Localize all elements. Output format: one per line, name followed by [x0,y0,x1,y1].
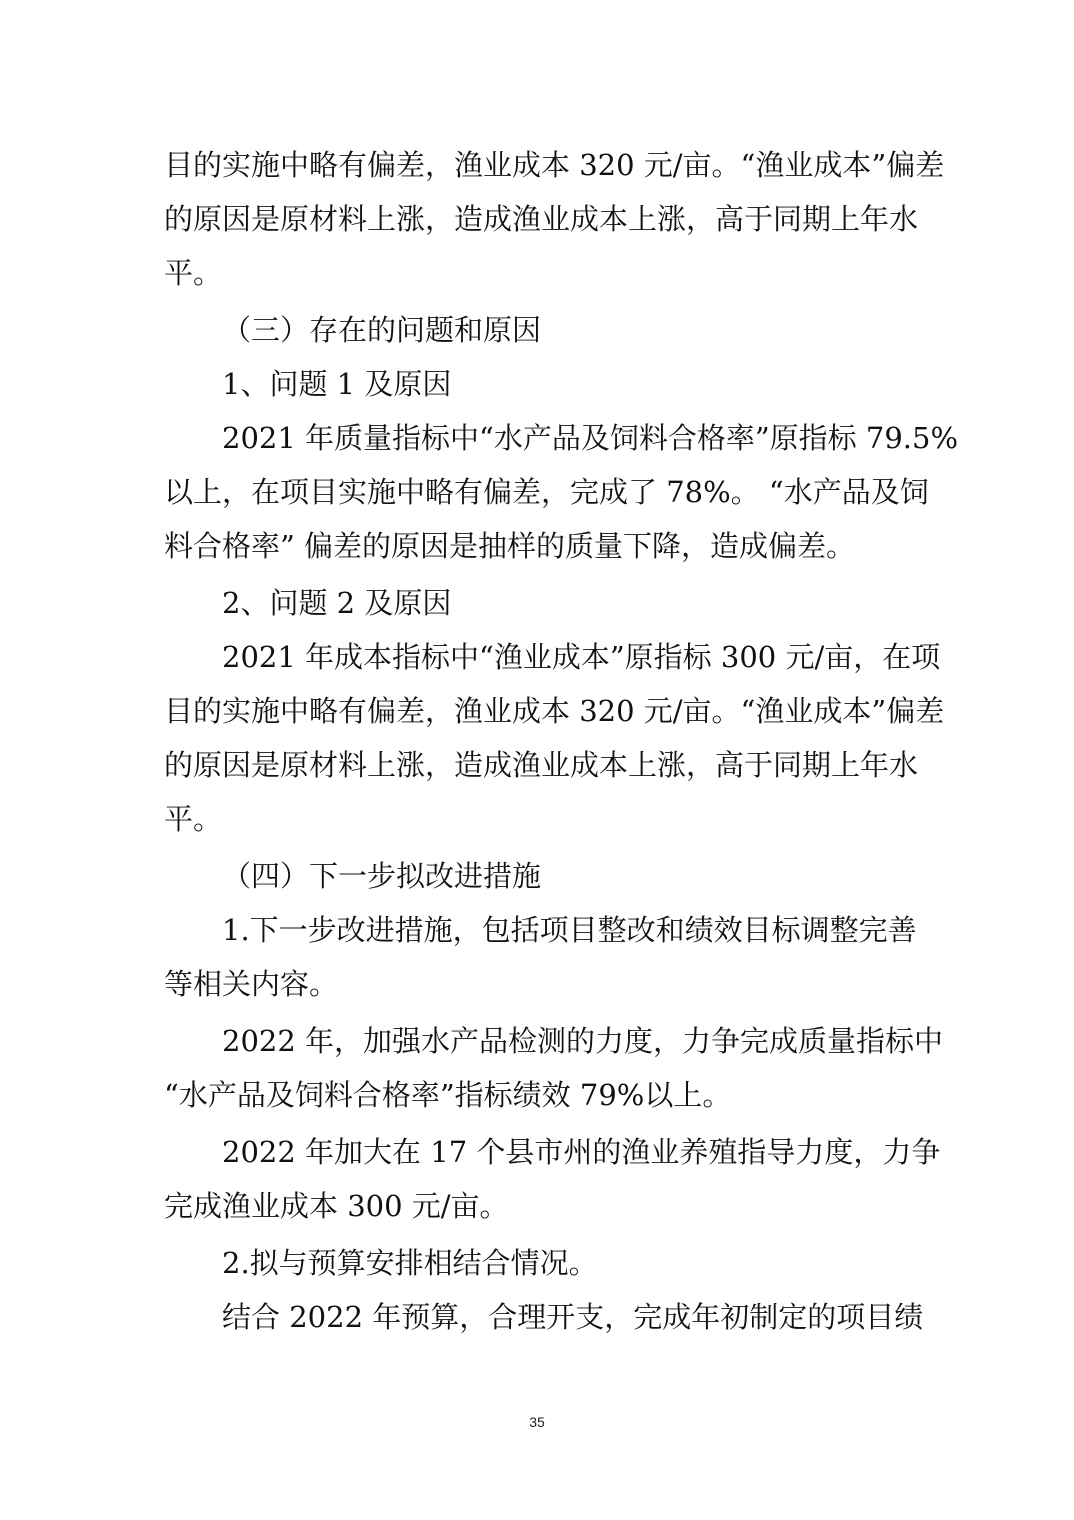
paragraph-line: 目的实施中略有偏差，渔业成本 320 元/亩。“渔业成本”偏差 [164,691,912,731]
section-heading: 2、问题 2 及原因 [222,583,912,623]
page-number: 35 [0,1414,1074,1430]
section-heading: （四）下一步拟改进措施 [222,856,912,896]
paragraph-line: 完成渔业成本 300 元/亩。 [164,1186,912,1226]
paragraph-line: “水产品及饲料合格率”指标绩效 79%以上。 [164,1075,912,1115]
paragraph-line: 2022 年，加强水产品检测的力度，力争完成质量指标中 [222,1021,912,1061]
paragraph-line: 1.下一步改进措施，包括项目整改和绩效目标调整完善 [222,910,912,950]
paragraph-line: 2022 年加大在 17 个县市州的渔业养殖指导力度，力争 [222,1132,912,1172]
paragraph-line: 目的实施中略有偏差，渔业成本 320 元/亩。“渔业成本”偏差 [164,145,912,185]
paragraph-line: 平。 [164,253,912,293]
paragraph-line: 的原因是原材料上涨，造成渔业成本上涨，高于同期上年水 [164,199,912,239]
paragraph-line: 的原因是原材料上涨，造成渔业成本上涨，高于同期上年水 [164,745,912,785]
document-page: 目的实施中略有偏差，渔业成本 320 元/亩。“渔业成本”偏差的原因是原材料上涨… [0,0,1074,1520]
section-heading: 2.拟与预算安排相结合情况。 [222,1243,912,1283]
section-heading: 1、问题 1 及原因 [222,364,912,404]
paragraph-line: 料合格率” 偏差的原因是抽样的质量下降，造成偏差。 [164,526,912,566]
paragraph-line: 2021 年成本指标中“渔业成本”原指标 300 元/亩，在项 [222,637,912,677]
paragraph-line: 以上，在项目实施中略有偏差，完成了 78%。 “水产品及饲 [164,472,912,512]
paragraph-line: 2021 年质量指标中“水产品及饲料合格率”原指标 79.5% [222,418,912,458]
paragraph-line: 等相关内容。 [164,964,912,1004]
paragraph-line: 平。 [164,799,912,839]
paragraph-line: 结合 2022 年预算，合理开支，完成年初制定的项目绩 [222,1297,912,1337]
section-heading: （三）存在的问题和原因 [222,310,912,350]
